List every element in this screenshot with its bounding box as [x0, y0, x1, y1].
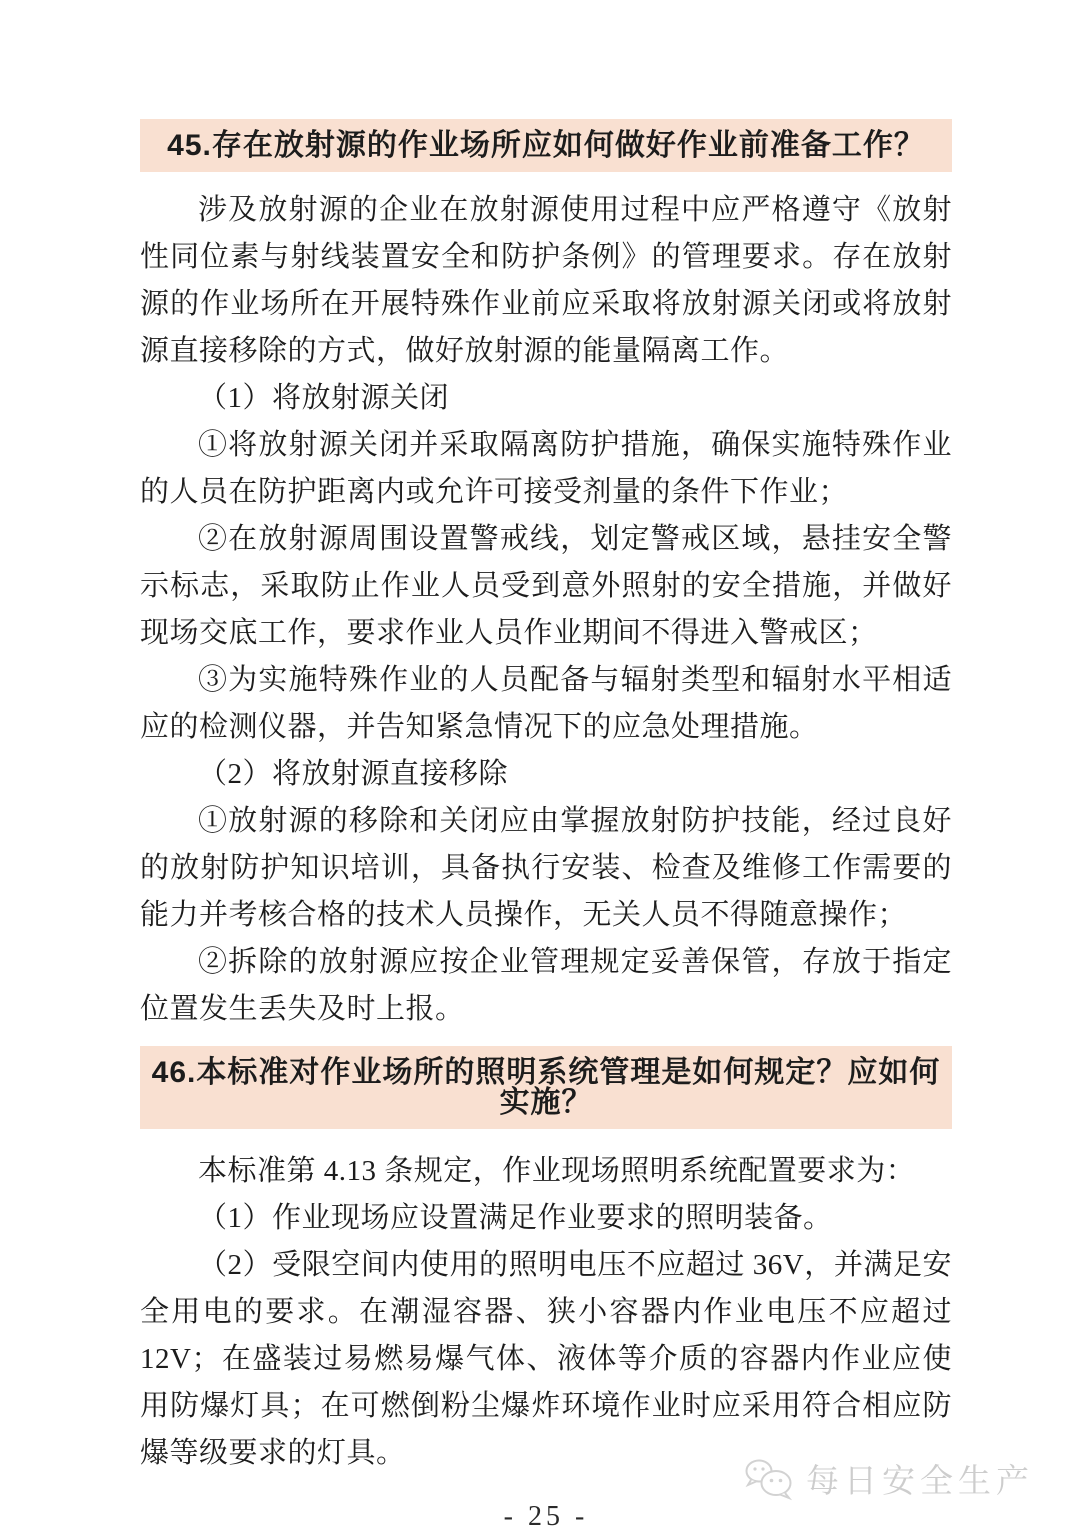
- question-heading-46: 46.本标准对作业场所的照明系统管理是如何规定？应如何实施？: [140, 1046, 952, 1129]
- paragraph: （1）将放射源关闭: [140, 375, 952, 422]
- section-question-46: 46.本标准对作业场所的照明系统管理是如何规定？应如何实施？ 本标准第 4.13…: [140, 1046, 952, 1477]
- paragraph: （2）受限空间内使用的照明电压不应超过 36V，并满足安全用电的要求。在潮湿容器…: [140, 1242, 952, 1477]
- wechat-icon: [744, 1457, 796, 1501]
- paragraph: 本标准第 4.13 条规定，作业现场照明系统配置要求为：: [140, 1148, 952, 1195]
- watermark: 每日安全生产: [744, 1455, 1034, 1502]
- paragraph: ①将放射源关闭并采取隔离防护措施，确保实施特殊作业的人员在防护距离内或允许可接受…: [140, 422, 952, 516]
- paragraph: 涉及放射源的企业在放射源使用过程中应严格遵守《放射性同位素与射线装置安全和防护条…: [140, 187, 952, 375]
- answer-body-45: 涉及放射源的企业在放射源使用过程中应严格遵守《放射性同位素与射线装置安全和防护条…: [140, 187, 952, 1033]
- page-content: 45.存在放射源的作业场所应如何做好作业前准备工作？ 涉及放射源的企业在放射源使…: [140, 0, 952, 1528]
- answer-body-46: 本标准第 4.13 条规定，作业现场照明系统配置要求为： （1）作业现场应设置满…: [140, 1148, 952, 1477]
- paragraph: ③为实施特殊作业的人员配备与辐射类型和辐射水平相适应的检测仪器，并告知紧急情况下…: [140, 657, 952, 751]
- paragraph: （2）将放射源直接移除: [140, 751, 952, 798]
- document-page: { "page": { "number_label": "- 25 -" }, …: [0, 0, 1080, 1528]
- paragraph: ①放射源的移除和关闭应由掌握放射防护技能，经过良好的放射防护知识培训，具备执行安…: [140, 798, 952, 939]
- question-heading-45: 45.存在放射源的作业场所应如何做好作业前准备工作？: [140, 119, 952, 172]
- paragraph: ②拆除的放射源应按企业管理规定妥善保管，存放于指定位置发生丢失及时上报。: [140, 939, 952, 1033]
- section-question-45: 45.存在放射源的作业场所应如何做好作业前准备工作？ 涉及放射源的企业在放射源使…: [140, 119, 952, 1033]
- watermark-text: 每日安全生产: [806, 1455, 1034, 1502]
- paragraph: ②在放射源周围设置警戒线，划定警戒区域，悬挂安全警示标志，采取防止作业人员受到意…: [140, 516, 952, 657]
- paragraph: （1）作业现场应设置满足作业要求的照明装备。: [140, 1195, 952, 1242]
- page-number: - 25 -: [140, 1501, 952, 1528]
